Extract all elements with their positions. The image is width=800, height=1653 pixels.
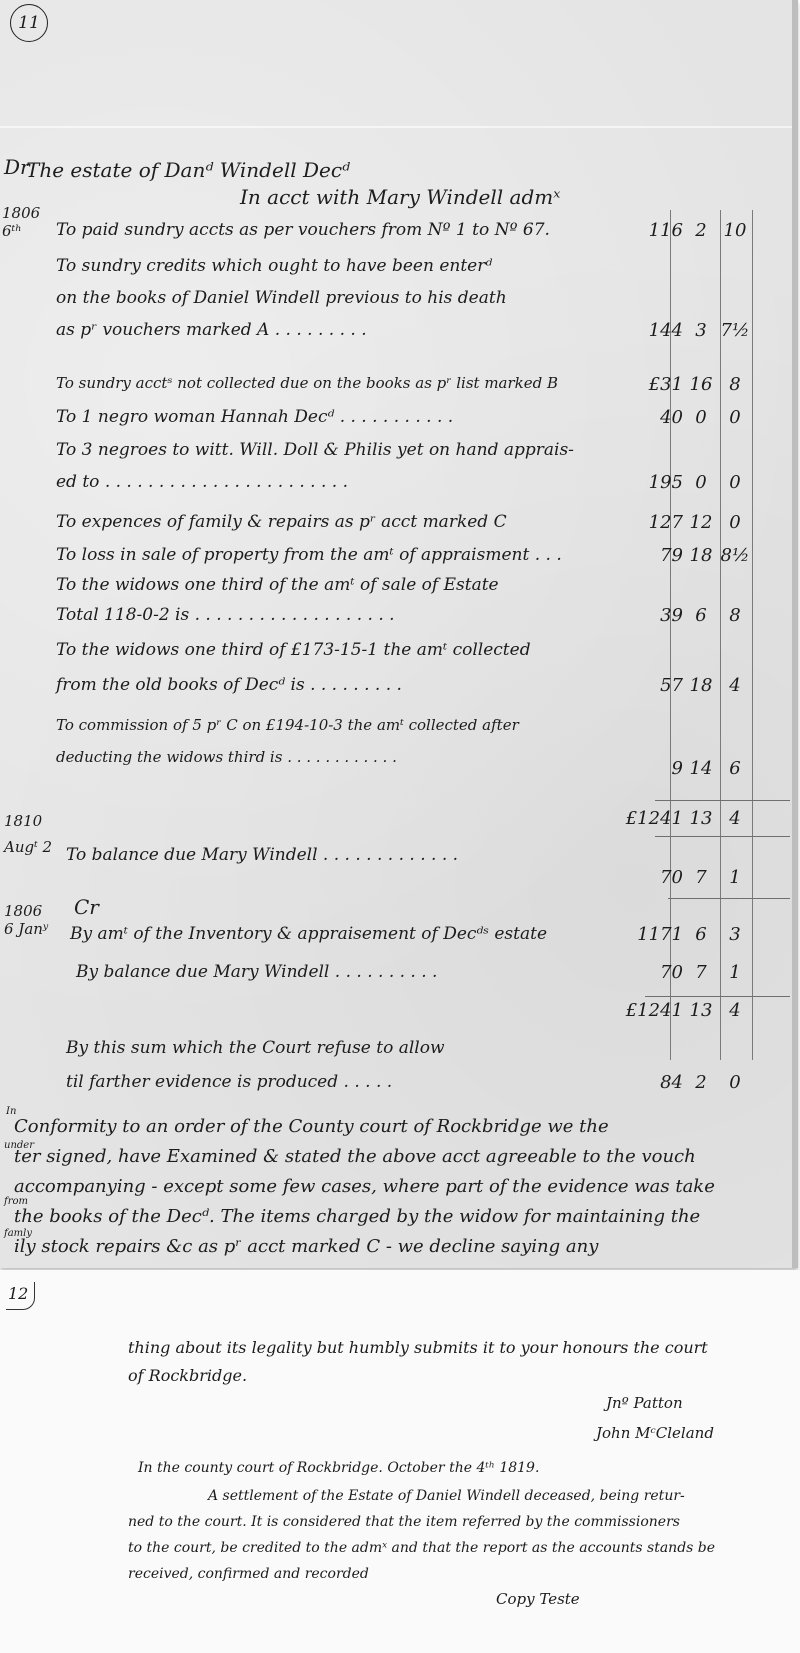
credit-total-row: £1241 13 4 — [0, 1000, 792, 1030]
total-rule — [645, 996, 790, 997]
debit-row: To the widows one third of £173-15-1 the… — [0, 640, 792, 670]
pounds: 195 — [628, 472, 683, 493]
shillings: 3 — [686, 320, 716, 341]
court-order-heading: In the county court of Rockbridge. Octob… — [138, 1460, 539, 1476]
pounds: 40 — [628, 407, 683, 428]
pounds: £31 — [628, 374, 683, 395]
debit-row: To loss in sale of property from the amᵗ… — [0, 545, 792, 575]
refused-row-cont: til farther evidence is produced . . . .… — [0, 1072, 792, 1102]
ledger-page-1: 11 Dr The estate of Danᵈ Windell Decᵈ In… — [0, 0, 798, 1268]
shillings: 14 — [686, 758, 716, 779]
balance-description: To balance due Mary Windell . . . . . . … — [66, 845, 458, 865]
page-number: 11 — [18, 13, 40, 33]
debit-description: To sundry acctˢ not collected due on the… — [56, 374, 558, 392]
debit-row: To expences of family & repairs as pʳ ac… — [0, 512, 792, 542]
total-rule — [655, 836, 790, 837]
balance-row: To balance due Mary Windell . . . . . . … — [0, 845, 792, 875]
debit-row: To sundry credits which ought to have be… — [0, 256, 792, 286]
shillings: 6 — [686, 924, 716, 945]
report-line: ily stock repairs &c as pʳ acct marked C… — [14, 1232, 789, 1262]
pence: 0 — [718, 512, 752, 533]
shillings: 7 — [686, 867, 716, 888]
credit-row: By balance due Mary Windell . . . . . . … — [0, 962, 792, 992]
debit-description: on the books of Daniel Windell previous … — [56, 288, 507, 308]
pence: 0 — [718, 407, 752, 428]
commissioners-report: Conformity to an order of the County cou… — [14, 1112, 789, 1262]
debit-description: To the widows one third of £173-15-1 the… — [56, 640, 531, 660]
shillings: 2 — [686, 1072, 716, 1093]
page-number-badge: 11 — [10, 4, 48, 42]
report-line: the books of the Decᵈ. The items charged… — [14, 1202, 789, 1232]
pence: 0 — [718, 1072, 752, 1093]
refused-row: By this sum which the Court refuse to al… — [0, 1038, 792, 1068]
pence: 1 — [718, 867, 752, 888]
debit-description: To loss in sale of property from the amᵗ… — [56, 545, 562, 565]
pounds: 127 — [628, 512, 683, 533]
debit-row-cont: ed to . . . . . . . . . . . . . . . . . … — [0, 472, 792, 502]
report-line: ter signed, have Examined & stated the a… — [14, 1142, 789, 1172]
total-pounds: £1241 — [615, 808, 683, 829]
shillings: 7 — [686, 962, 716, 983]
pounds: 79 — [628, 545, 683, 566]
debit-row-cont: as pʳ vouchers marked A . . . . . . . . … — [0, 320, 792, 350]
court-order-line: A settlement of the Estate of Daniel Win… — [208, 1488, 685, 1504]
debit-total-row: £1241 13 4 — [0, 808, 792, 838]
shillings: 6 — [686, 605, 716, 626]
court-order-line: received, confirmed and recorded — [128, 1566, 369, 1582]
account-title: The estate of Danᵈ Windell Decᵈ — [26, 158, 350, 182]
pounds: 144 — [628, 320, 683, 341]
debit-description: To expences of family & repairs as pʳ ac… — [56, 512, 507, 532]
debit-row: To the widows one third of the amᵗ of sa… — [0, 575, 792, 605]
signature-mccleland: John MᶜCleland — [596, 1424, 714, 1442]
shillings: 12 — [686, 512, 716, 533]
balance-rule — [668, 898, 790, 899]
shillings: 18 — [686, 545, 716, 566]
debit-description: from the old books of Decᵈ is . . . . . … — [56, 675, 402, 695]
credit-description: By balance due Mary Windell . . . . . . … — [76, 962, 437, 982]
page-number-2: 12 — [6, 1282, 35, 1310]
pence: 6 — [718, 758, 752, 779]
copy-teste: Copy Teste — [496, 1590, 580, 1608]
pounds: 70 — [628, 962, 683, 983]
pence: 0 — [718, 472, 752, 493]
report-line: accompanying - except some few cases, wh… — [14, 1172, 789, 1202]
paper-fold — [0, 126, 792, 128]
credit-row: By amᵗ of the Inventory & appraisement o… — [0, 924, 792, 954]
pence: 8 — [718, 605, 752, 626]
debit-description: Total 118-0-2 is . . . . . . . . . . . .… — [56, 605, 395, 625]
shillings: 18 — [686, 675, 716, 696]
total-pence: 4 — [718, 808, 752, 829]
debit-description: To paid sundry accts as per vouchers fro… — [56, 220, 550, 240]
debit-description: ed to . . . . . . . . . . . . . . . . . … — [56, 472, 348, 492]
debit-row: To 1 negro woman Hannah Decᵈ . . . . . .… — [0, 407, 792, 437]
debit-description: To sundry credits which ought to have be… — [56, 256, 492, 276]
pence: 8 — [718, 374, 752, 395]
debit-description: as pʳ vouchers marked A . . . . . . . . … — [56, 320, 367, 340]
pence: 1 — [718, 962, 752, 983]
debit-row-cont: Total 118-0-2 is . . . . . . . . . . . .… — [0, 605, 792, 635]
continuation-line: thing about its legality but humbly subm… — [128, 1338, 708, 1357]
debit-description: To commission of 5 pʳ C on £194-10-3 the… — [56, 716, 519, 734]
debit-row-cont: deducting the widows third is . . . . . … — [0, 748, 792, 778]
pounds: 70 — [628, 867, 683, 888]
debit-row-cont: on the books of Daniel Windell previous … — [0, 288, 792, 318]
debit-description: To the widows one third of the amᵗ of sa… — [56, 575, 499, 595]
total-pence: 4 — [718, 1000, 752, 1021]
continuation-line: of Rockbridge. — [128, 1366, 247, 1385]
credit-description: By amᵗ of the Inventory & appraisement o… — [70, 924, 547, 944]
account-subtitle: In acct with Mary Windell admˣ — [240, 185, 560, 209]
court-order-line: ned to the court. It is considered that … — [128, 1514, 680, 1530]
pence: 3 — [718, 924, 752, 945]
refused-description: By this sum which the Court refuse to al… — [66, 1038, 445, 1058]
pence: 10 — [718, 220, 752, 241]
balance-year: 1810 — [4, 812, 42, 830]
pounds: 57 — [628, 675, 683, 696]
pence: 8½ — [718, 545, 752, 566]
credit-label: Cr — [74, 895, 99, 919]
shillings: 0 — [686, 472, 716, 493]
shillings: 0 — [686, 407, 716, 428]
debit-description: To 3 negroes to witt. Will. Doll & Phili… — [56, 440, 574, 460]
pounds: 1171 — [628, 924, 683, 945]
refused-description: til farther evidence is produced . . . .… — [66, 1072, 392, 1092]
pence: 7½ — [718, 320, 752, 341]
total-rule — [655, 800, 790, 801]
pounds: 116 — [628, 220, 683, 241]
credit-year: 1806 — [4, 902, 42, 920]
pounds: 84 — [628, 1072, 683, 1093]
total-shillings: 13 — [686, 808, 716, 829]
debit-description: To 1 negro woman Hannah Decᵈ . . . . . .… — [56, 407, 453, 427]
debit-row: To paid sundry accts as per vouchers fro… — [0, 220, 792, 250]
debit-row: To 3 negroes to witt. Will. Doll & Phili… — [0, 440, 792, 470]
shillings: 16 — [686, 374, 716, 395]
total-shillings: 13 — [686, 1000, 716, 1021]
debit-row-cont: from the old books of Decᵈ is . . . . . … — [0, 675, 792, 705]
court-order-line: to the court, be credited to the admˣ an… — [128, 1540, 715, 1556]
pounds: 9 — [628, 758, 683, 779]
shillings: 2 — [686, 220, 716, 241]
report-line: Conformity to an order of the County cou… — [14, 1112, 789, 1142]
debit-description: deducting the widows third is . . . . . … — [56, 748, 397, 766]
pence: 4 — [718, 675, 752, 696]
pounds: 39 — [628, 605, 683, 626]
total-pounds: £1241 — [615, 1000, 683, 1021]
debit-row: To commission of 5 pʳ C on £194-10-3 the… — [0, 716, 792, 746]
debit-row: To sundry acctˢ not collected due on the… — [0, 374, 792, 404]
signature-patton: Jnº Patton — [606, 1394, 683, 1412]
